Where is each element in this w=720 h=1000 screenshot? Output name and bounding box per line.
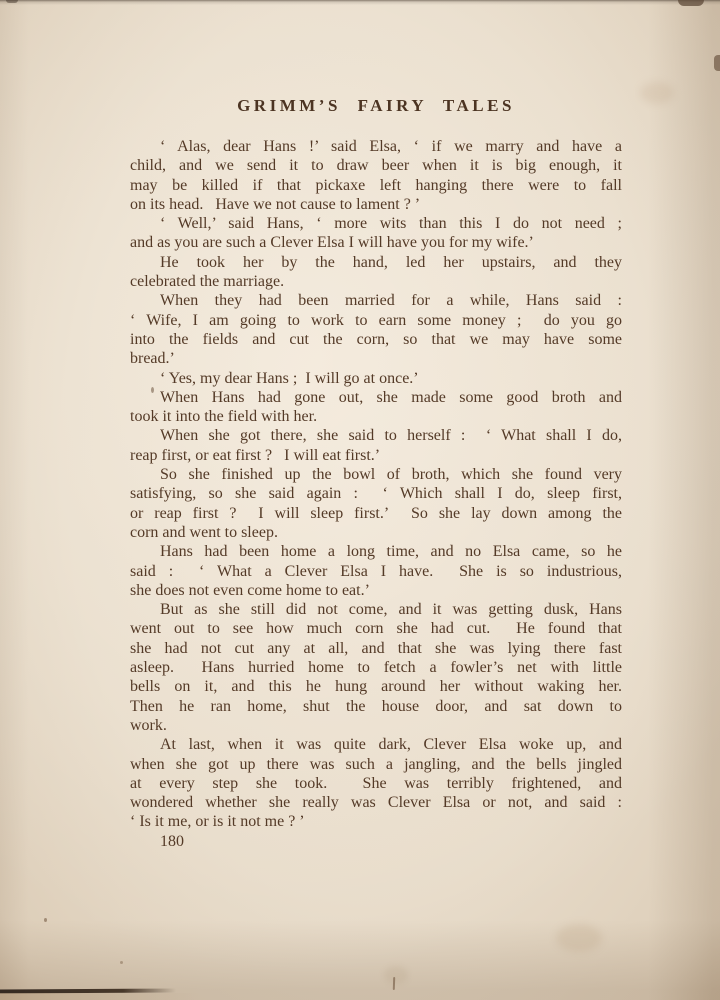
text-line: said : ‘ What a Clever Elsa I have. She … xyxy=(130,562,622,581)
paper-stain xyxy=(640,82,674,104)
text-line: When Hans had gone out, she made some go… xyxy=(130,388,622,407)
text-line: went out to see how much corn she had cu… xyxy=(130,619,622,638)
text-line: bread.’ xyxy=(130,349,622,368)
text-line: when she got up there was such a janglin… xyxy=(130,755,622,774)
page-edge-highlight xyxy=(0,993,200,1000)
text-line: at every step she took. She was terribly… xyxy=(130,774,622,793)
text-line: she had not cut any at all, and that she… xyxy=(130,639,622,658)
page-number: 180 xyxy=(130,832,622,851)
text-line: and as you are such a Clever Elsa I will… xyxy=(130,233,622,252)
page-edge-nick-top xyxy=(678,0,704,6)
text-line: she does not even come home to eat.’ xyxy=(130,581,622,600)
text-line: celebrated the marriage. xyxy=(130,272,622,291)
paper-speck xyxy=(393,977,395,990)
text-line: ‘ Wife, I am going to work to earn some … xyxy=(130,311,622,330)
paper-speck xyxy=(44,918,47,922)
text-line: ‘ Alas, dear Hans !’ said Elsa, ‘ if we … xyxy=(130,137,622,156)
text-line: ‘ Is it me, or is it not me ? ’ xyxy=(130,812,622,831)
paper-speck xyxy=(6,0,18,3)
page-edge-nick-right xyxy=(714,55,720,71)
running-head: GRIMM’S FAIRY TALES xyxy=(130,96,622,116)
text-line: child, and we send it to draw beer when … xyxy=(130,156,622,175)
text-line: bells on it, and this he hung around her… xyxy=(130,677,622,696)
paper-stain xyxy=(556,924,602,952)
text-line: work. xyxy=(130,716,622,735)
text-line: But as she still did not come, and it wa… xyxy=(130,600,622,619)
page-edge-shadow xyxy=(0,989,176,994)
text-line: So she finished up the bowl of broth, wh… xyxy=(130,465,622,484)
text-line: He took her by the hand, led her upstair… xyxy=(130,253,622,272)
text-line: Then he ran home, shut the house door, a… xyxy=(130,697,622,716)
text-column: GRIMM’S FAIRY TALES ‘ Alas, dear Hans !’… xyxy=(130,96,622,851)
story-text: ‘ Alas, dear Hans !’ said Elsa, ‘ if we … xyxy=(130,137,622,832)
paper-sheet: GRIMM’S FAIRY TALES ‘ Alas, dear Hans !’… xyxy=(0,0,720,1000)
text-line: Hans had been home a long time, and no E… xyxy=(130,542,622,561)
text-line: ‘ Well,’ said Hans, ‘ more wits than thi… xyxy=(130,214,622,233)
paper-stain xyxy=(384,966,408,984)
text-line: wondered whether she really was Clever E… xyxy=(130,793,622,812)
text-line: At last, when it was quite dark, Clever … xyxy=(130,735,622,754)
text-line: reap first, or eat first ? I will eat fi… xyxy=(130,446,622,465)
text-line: on its head. Have we not cause to lament… xyxy=(130,195,622,214)
text-line: When she got there, she said to herself … xyxy=(130,426,622,445)
paper-speck xyxy=(120,961,123,964)
text-line: satisfying, so she said again : ‘ Which … xyxy=(130,484,622,503)
text-line: ‘ Yes, my dear Hans ; I will go at once.… xyxy=(130,369,622,388)
text-line: asleep. Hans hurried home to fetch a fow… xyxy=(130,658,622,677)
book-page-scan: { "page": { "running_head": "GRIMM’S FAI… xyxy=(0,0,720,1000)
text-line: into the fields and cut the corn, so tha… xyxy=(130,330,622,349)
text-line: corn and went to sleep. xyxy=(130,523,622,542)
text-line: When they had been married for a while, … xyxy=(130,291,622,310)
text-line: or reap first ? I will sleep first.’ So … xyxy=(130,504,622,523)
text-line: took it into the field with her. xyxy=(130,407,622,426)
text-line: may be killed if that pickaxe left hangi… xyxy=(130,176,622,195)
